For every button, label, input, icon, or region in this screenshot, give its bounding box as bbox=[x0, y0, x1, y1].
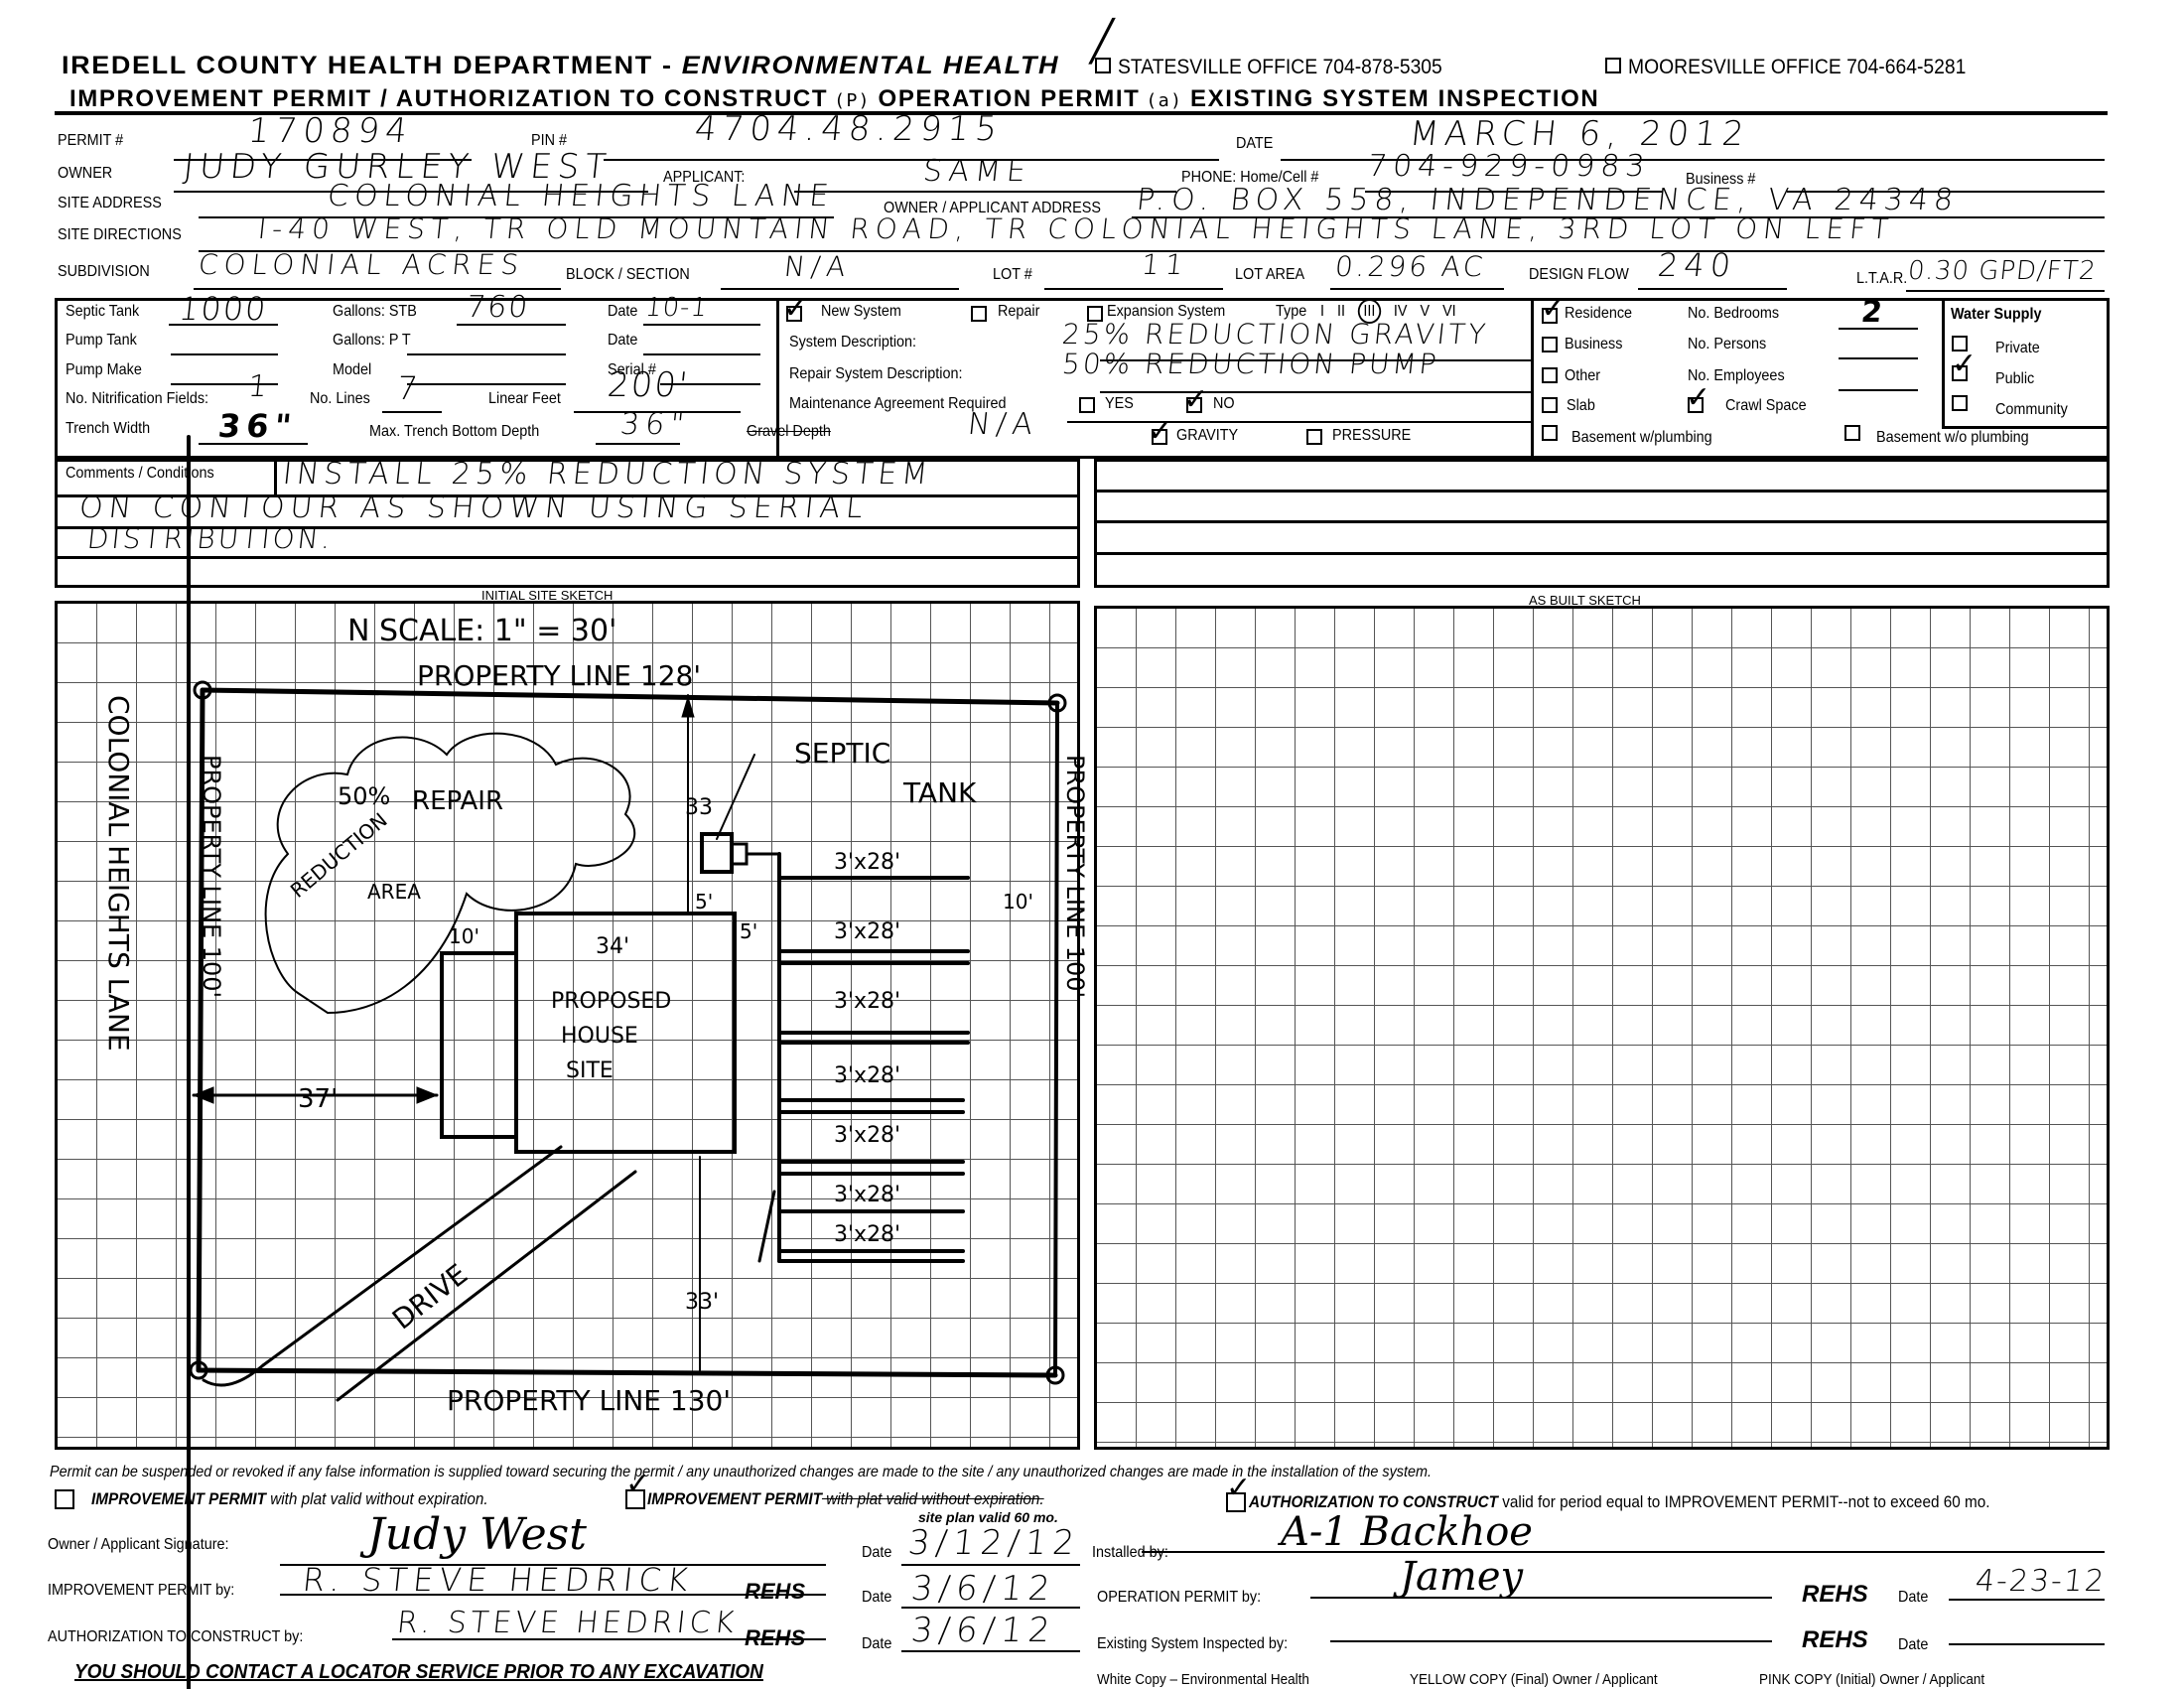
svg-text:33: 33 bbox=[685, 795, 713, 820]
underline bbox=[901, 1564, 1080, 1566]
revocation-warning: Permit can be suspended or revoked if an… bbox=[50, 1464, 1432, 1481]
svg-text:5': 5' bbox=[740, 919, 757, 943]
svg-text:HOUSE: HOUSE bbox=[561, 1024, 638, 1049]
owner-date-label: Date bbox=[862, 1544, 891, 1562]
improvement-permit-date[interactable]: 3/6/12 bbox=[909, 1569, 1058, 1609]
svg-text:3'x28': 3'x28' bbox=[834, 850, 900, 875]
svg-text:10': 10' bbox=[1003, 890, 1033, 914]
svg-text:DRIVE: DRIVE bbox=[386, 1257, 474, 1336]
owner-signature[interactable]: Judy West bbox=[367, 1509, 587, 1560]
improvement-permit-by-label: IMPROVEMENT PERMIT by: bbox=[48, 1582, 234, 1600]
atc-rehs: REHS bbox=[745, 1625, 805, 1651]
svg-text:3'x28': 3'x28' bbox=[834, 1183, 900, 1207]
svg-text:33': 33' bbox=[685, 1290, 719, 1315]
copy-pink: PINK COPY (Initial) Owner / Applicant bbox=[1759, 1671, 1984, 1688]
underline bbox=[1310, 1597, 1772, 1599]
option-bold: IMPROVEMENT PERMIT bbox=[91, 1489, 266, 1508]
installer-name[interactable]: A-1 Backhoe bbox=[1281, 1509, 1533, 1555]
improvement-permit-option-1-checkbox[interactable] bbox=[55, 1489, 74, 1509]
installed-by-label: Installed by: bbox=[1092, 1544, 1168, 1562]
sketch-scale: N SCALE: 1" = 30' bbox=[347, 614, 616, 648]
atc-signer[interactable]: R. STEVE HEDRICK bbox=[395, 1606, 740, 1640]
underline bbox=[901, 1650, 1080, 1652]
svg-text:10': 10' bbox=[449, 924, 479, 948]
option-text: valid for period equal to IMPROVEMENT PE… bbox=[1498, 1492, 1989, 1511]
svg-text:PROPERTY LINE 130': PROPERTY LINE 130' bbox=[447, 1384, 731, 1417]
operation-rehs: REHS bbox=[1802, 1581, 1868, 1609]
svg-text:PROPERTY LINE 100': PROPERTY LINE 100' bbox=[198, 755, 225, 998]
svg-text:3'x28': 3'x28' bbox=[834, 1222, 900, 1247]
svg-text:SEPTIC: SEPTIC bbox=[794, 737, 890, 770]
operation-permit-signature[interactable]: Jamey bbox=[1400, 1554, 1523, 1600]
existing-date-label: Date bbox=[1898, 1636, 1928, 1654]
svg-text:3'x28': 3'x28' bbox=[834, 1063, 900, 1088]
improvement-permit-option-2: IMPROVEMENT PERMIT with plat valid witho… bbox=[647, 1489, 1044, 1509]
svg-text:37': 37' bbox=[298, 1084, 338, 1114]
svg-text:50%: 50% bbox=[338, 782, 390, 810]
svg-text:34': 34' bbox=[596, 934, 629, 959]
copy-yellow: YELLOW COPY (Final) Owner / Applicant bbox=[1410, 1671, 1658, 1688]
option-bold: IMPROVEMENT PERMIT bbox=[647, 1489, 822, 1508]
underline bbox=[1330, 1640, 1772, 1642]
svg-text:PROPERTY LINE 100': PROPERTY LINE 100' bbox=[1061, 755, 1089, 998]
improvement-rehs: REHS bbox=[745, 1579, 805, 1605]
option-text: with plat valid without expiration. bbox=[266, 1489, 488, 1508]
owner-signature-date[interactable]: 3/12/12 bbox=[906, 1523, 1082, 1563]
underline bbox=[1949, 1599, 2105, 1601]
option-text: with plat valid without expiration. bbox=[822, 1489, 1044, 1508]
svg-text:REPAIR: REPAIR bbox=[412, 786, 503, 816]
svg-text:3'x28': 3'x28' bbox=[834, 919, 900, 944]
owner-signature-label: Owner / Applicant Signature: bbox=[48, 1536, 229, 1554]
operation-date-label: Date bbox=[1898, 1589, 1928, 1607]
site-sketch-drawing: N SCALE: 1" = 30' PROPERTY LINE 128' PRO… bbox=[0, 0, 2184, 1689]
svg-text:COLONIAL HEIGHTS LANE: COLONIAL HEIGHTS LANE bbox=[102, 695, 135, 1052]
svg-text:SITE: SITE bbox=[566, 1058, 614, 1083]
svg-text:5': 5' bbox=[695, 890, 713, 914]
atc-date[interactable]: 3/6/12 bbox=[909, 1611, 1058, 1650]
svg-text:PROPERTY LINE 128': PROPERTY LINE 128' bbox=[417, 659, 701, 692]
svg-text:3'x28': 3'x28' bbox=[834, 1123, 900, 1148]
underline bbox=[1949, 1643, 2105, 1645]
svg-text:TANK: TANK bbox=[902, 776, 977, 809]
atc-by-label: AUTHORIZATION TO CONSTRUCT by: bbox=[48, 1628, 303, 1646]
copy-white: White Copy – Environmental Health bbox=[1097, 1671, 1309, 1688]
improvement-permit-option-1: IMPROVEMENT PERMIT with plat valid witho… bbox=[91, 1489, 488, 1509]
atc-date-label: Date bbox=[862, 1635, 891, 1653]
existing-system-label: Existing System Inspected by: bbox=[1097, 1635, 1288, 1653]
operation-permit-by-label: OPERATION PERMIT by: bbox=[1097, 1589, 1261, 1607]
svg-text:3'x28': 3'x28' bbox=[834, 989, 900, 1014]
operation-permit-date[interactable]: 4-23-12 bbox=[1974, 1564, 2108, 1599]
existing-rehs: REHS bbox=[1802, 1626, 1868, 1654]
locator-warning: YOU SHOULD CONTACT A LOCATOR SERVICE PRI… bbox=[74, 1661, 763, 1684]
svg-text:AREA: AREA bbox=[367, 880, 421, 904]
improvement-permit-signer[interactable]: R. STEVE HEDRICK bbox=[301, 1561, 696, 1599]
check-mark-icon: ✓ bbox=[1226, 1474, 1251, 1503]
improvement-date-label: Date bbox=[862, 1589, 891, 1607]
svg-text:PROPOSED: PROPOSED bbox=[551, 989, 671, 1014]
